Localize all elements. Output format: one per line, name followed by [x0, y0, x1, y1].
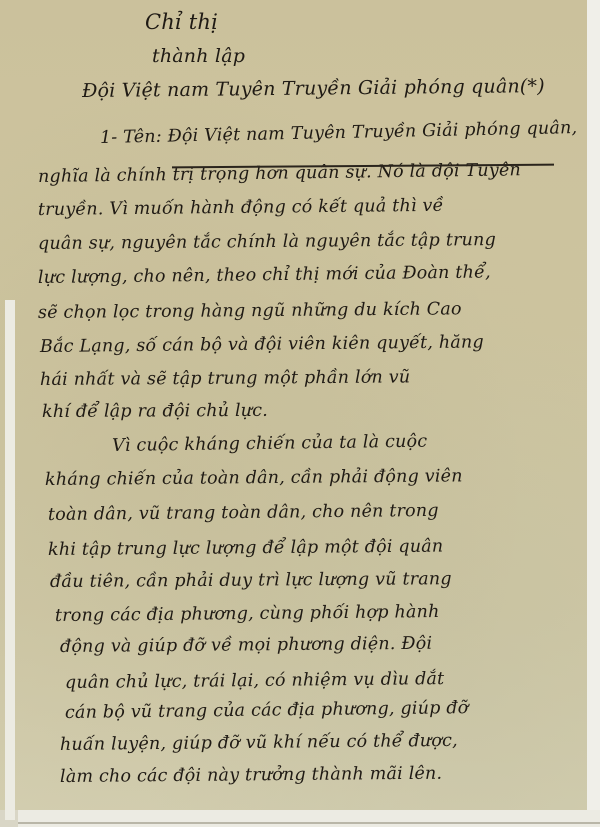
heading-directive: Chỉ thị: [145, 10, 218, 34]
manuscript-line: lực lượng, cho nên, theo chỉ thị mới của…: [38, 262, 491, 288]
manuscript-line: Bắc Lạng, số cán bộ và đội viên kiên quy…: [40, 332, 484, 357]
manuscript-line: Vì cuộc kháng chiến của ta là cuộc: [112, 432, 428, 456]
manuscript-line: huấn luyện, giúp đỡ vũ khí nếu có thể đư…: [60, 731, 458, 755]
heading-establish: thành lập: [152, 45, 245, 67]
manuscript-line: 1- Tên: Đội Việt nam Tuyên Truyền Giải p…: [100, 118, 578, 148]
manuscript-line: quân sự, nguyên tắc chính là nguyên tắc …: [38, 230, 496, 254]
manuscript-page: Chỉ thị thành lập Đội Việt nam Tuyên Tru…: [0, 0, 587, 810]
mat-border-left: [5, 300, 15, 820]
manuscript-line: khí để lập ra đội chủ lực.: [42, 401, 268, 422]
manuscript-line: khi tập trung lực lượng để lập một đội q…: [48, 537, 444, 560]
mat-border-bottom: [18, 810, 600, 827]
mat-shadow-line: [18, 822, 600, 824]
mat-border-right: [587, 0, 600, 827]
manuscript-line: động và giúp đỡ về mọi phương diện. Đội: [60, 634, 432, 657]
manuscript-line: truyền. Vì muốn hành động có kết quả thì…: [38, 196, 444, 220]
heading-unit-title: Đội Việt nam Tuyên Truyền Giải phóng quâ…: [82, 75, 545, 102]
manuscript-line: hái nhất và sẽ tập trung một phần lớn vũ: [40, 367, 410, 390]
manuscript-line: quân chủ lực, trái lại, có nhiệm vụ dìu …: [65, 669, 445, 693]
manuscript-line: trong các địa phương, cùng phối hợp hành: [55, 602, 440, 626]
manuscript-line: cán bộ vũ trang của các địa phương, giúp…: [65, 698, 469, 723]
manuscript-line: toàn dân, vũ trang toàn dân, cho nên tro…: [48, 501, 439, 525]
manuscript-line: làm cho các đội này trưởng thành mãi lên…: [60, 764, 442, 787]
manuscript-line: sẽ chọn lọc trong hàng ngũ những du kích…: [38, 299, 462, 323]
manuscript-line: đầu tiên, cần phải duy trì lực lượng vũ …: [50, 569, 452, 592]
manuscript-line: kháng chiến của toàn dân, cần phải động …: [45, 466, 463, 490]
